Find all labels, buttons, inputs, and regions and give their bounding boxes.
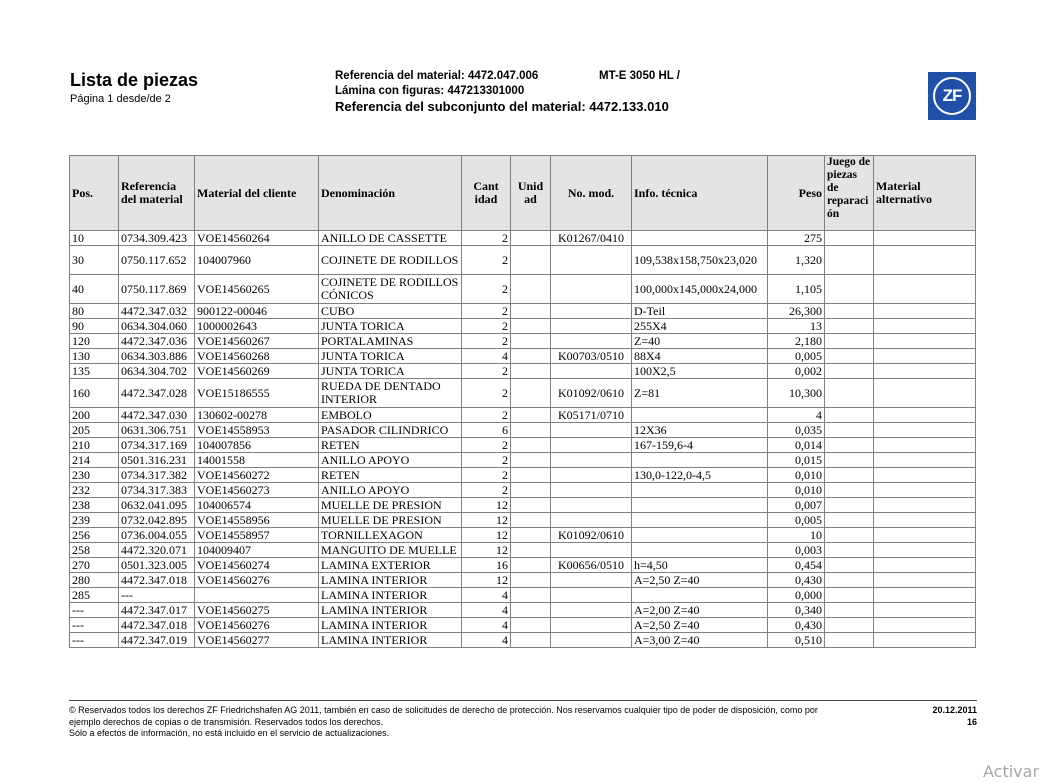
cell-unit (511, 468, 551, 483)
zf-logo-icon: ZF (933, 77, 971, 115)
cell-unit (511, 423, 551, 438)
cell-mod-no (551, 275, 632, 304)
cell-pos: 270 (70, 558, 119, 573)
cell-client-material: VOE14560272 (195, 468, 319, 483)
cell-mod-no (551, 304, 632, 319)
cell-weight: 0,510 (768, 633, 825, 648)
cell-repair-kit (825, 423, 874, 438)
cell-tech-info: 130,0-122,0-4,5 (632, 468, 768, 483)
cell-material-ref: 0632.041.095 (119, 498, 195, 513)
cell-tech-info: D-Teil (632, 304, 768, 319)
cell-client-material: 14001558 (195, 453, 319, 468)
table-row: 804472.347.032900122-00046CUBO2D-Teil26,… (70, 304, 976, 319)
cell-mod-no (551, 483, 632, 498)
cell-client-material: VOE14558953 (195, 423, 319, 438)
cell-mod-no (551, 334, 632, 349)
cell-material-ref: 4472.320.071 (119, 543, 195, 558)
col-material-ref: Referencia del material (119, 156, 195, 231)
cell-material-ref: 0750.117.652 (119, 246, 195, 275)
cell-mod-no: K01092/0610 (551, 528, 632, 543)
table-row: ---4472.347.019VOE14560277LAMINA INTERIO… (70, 633, 976, 648)
cell-tech-info: A=2,50 Z=40 (632, 573, 768, 588)
cell-unit (511, 603, 551, 618)
cell-client-material: VOE14560274 (195, 558, 319, 573)
cell-tech-info (632, 231, 768, 246)
cell-alt-material (874, 498, 976, 513)
cell-unit (511, 588, 551, 603)
cell-repair-kit (825, 379, 874, 408)
footer-date-block: 20.12.2011 16 (932, 705, 977, 728)
cell-mod-no (551, 543, 632, 558)
cell-repair-kit (825, 483, 874, 498)
cell-denomination: JUNTA TORICA (319, 319, 462, 334)
copyright-line-1: © Reservados todos los derechos ZF Fried… (69, 705, 909, 717)
cell-mod-no (551, 573, 632, 588)
cell-tech-info: Z=40 (632, 334, 768, 349)
info-line: Sólo a efectos de información, no está i… (69, 728, 909, 740)
footer-text: © Reservados todos los derechos ZF Fried… (69, 705, 909, 740)
cell-material-ref: 0634.304.702 (119, 364, 195, 379)
cell-pos: 256 (70, 528, 119, 543)
cell-alt-material (874, 275, 976, 304)
cell-quantity: 16 (462, 558, 511, 573)
cell-client-material (195, 588, 319, 603)
cell-weight: 0,340 (768, 603, 825, 618)
cell-unit (511, 498, 551, 513)
cell-quantity: 4 (462, 618, 511, 633)
cell-quantity: 12 (462, 528, 511, 543)
cell-client-material: 900122-00046 (195, 304, 319, 319)
table-row: ---4472.347.017VOE14560275LAMINA INTERIO… (70, 603, 976, 618)
cell-alt-material (874, 423, 976, 438)
cell-mod-no (551, 453, 632, 468)
cell-weight: 0,035 (768, 423, 825, 438)
cell-quantity: 12 (462, 543, 511, 558)
cell-tech-info (632, 408, 768, 423)
table-row: 285---LAMINA INTERIOR40,000 (70, 588, 976, 603)
cell-quantity: 2 (462, 468, 511, 483)
cell-repair-kit (825, 633, 874, 648)
cell-pos: 258 (70, 543, 119, 558)
cell-alt-material (874, 543, 976, 558)
cell-unit (511, 319, 551, 334)
cell-mod-no (551, 513, 632, 528)
cell-client-material: VOE14560267 (195, 334, 319, 349)
cell-mod-no (551, 364, 632, 379)
cell-alt-material (874, 349, 976, 364)
cell-weight: 2,180 (768, 334, 825, 349)
cell-mod-no (551, 588, 632, 603)
cell-alt-material (874, 334, 976, 349)
cell-repair-kit (825, 558, 874, 573)
cell-alt-material (874, 246, 976, 275)
cell-tech-info (632, 483, 768, 498)
cell-denomination: LAMINA INTERIOR (319, 603, 462, 618)
cell-mod-no: K00703/0510 (551, 349, 632, 364)
cell-denomination: JUNTA TORICA (319, 349, 462, 364)
cell-repair-kit (825, 246, 874, 275)
cell-client-material: VOE14560268 (195, 349, 319, 364)
cell-tech-info: h=4,50 (632, 558, 768, 573)
cell-unit (511, 246, 551, 275)
cell-mod-no (551, 618, 632, 633)
parts-table: Pos. Referencia del material Material de… (69, 155, 976, 648)
cell-unit (511, 483, 551, 498)
cell-alt-material (874, 304, 976, 319)
cell-material-ref: 4472.347.032 (119, 304, 195, 319)
cell-repair-kit (825, 603, 874, 618)
subassembly-reference: Referencia del subconjunto del material:… (335, 99, 669, 114)
cell-tech-info: A=2,50 Z=40 (632, 618, 768, 633)
cell-weight: 0,007 (768, 498, 825, 513)
cell-alt-material (874, 513, 976, 528)
table-row: 2560736.004.055VOE14558957TORNILLEXAGON1… (70, 528, 976, 543)
cell-weight: 1,320 (768, 246, 825, 275)
cell-denomination: RETEN (319, 468, 462, 483)
cell-repair-kit (825, 588, 874, 603)
cell-repair-kit (825, 543, 874, 558)
cell-repair-kit (825, 498, 874, 513)
cell-alt-material (874, 408, 976, 423)
model-label: MT-E 3050 HL / (599, 70, 680, 82)
col-alt-material: Material alternativo (874, 156, 976, 231)
cell-alt-material (874, 573, 976, 588)
cell-repair-kit (825, 528, 874, 543)
col-weight: Peso (768, 156, 825, 231)
cell-material-ref: 4472.347.028 (119, 379, 195, 408)
cell-alt-material (874, 438, 976, 453)
cell-repair-kit (825, 573, 874, 588)
table-row: 1604472.347.028VOE15186555RUEDA DE DENTA… (70, 379, 976, 408)
cell-tech-info: 100X2,5 (632, 364, 768, 379)
cell-pos: 30 (70, 246, 119, 275)
cell-client-material: 104007856 (195, 438, 319, 453)
cell-material-ref: 0734.317.169 (119, 438, 195, 453)
table-row: 2100734.317.169104007856RETEN2167-159,6-… (70, 438, 976, 453)
cell-material-ref: 0734.317.382 (119, 468, 195, 483)
cell-client-material: VOE14560265 (195, 275, 319, 304)
cell-weight: 13 (768, 319, 825, 334)
cell-material-ref: 0501.323.005 (119, 558, 195, 573)
cell-pos: 120 (70, 334, 119, 349)
cell-quantity: 12 (462, 513, 511, 528)
table-row: 2320734.317.383VOE14560273ANILLO APOYO20… (70, 483, 976, 498)
cell-pos: 214 (70, 453, 119, 468)
cell-weight: 4 (768, 408, 825, 423)
cell-tech-info (632, 453, 768, 468)
cell-denomination: ANILLO DE CASSETTE (319, 231, 462, 246)
cell-tech-info: Z=81 (632, 379, 768, 408)
cell-repair-kit (825, 618, 874, 633)
col-repair-kit: Juego de piezas de reparaci ón (825, 156, 874, 231)
cell-denomination: MUELLE DE PRESION (319, 513, 462, 528)
cell-material-ref: 4472.347.018 (119, 618, 195, 633)
cell-unit (511, 543, 551, 558)
cell-pos: 40 (70, 275, 119, 304)
cell-material-ref: 4472.347.017 (119, 603, 195, 618)
cell-denomination: MANGUITO DE MUELLE (319, 543, 462, 558)
cell-quantity: 2 (462, 438, 511, 453)
cell-tech-info: 109,538x158,750x23,020 (632, 246, 768, 275)
cell-pos: --- (70, 618, 119, 633)
cell-material-ref: 0631.306.751 (119, 423, 195, 438)
cell-tech-info: A=2,00 Z=40 (632, 603, 768, 618)
table-row: 2380632.041.095104006574MUELLE DE PRESIO… (70, 498, 976, 513)
cell-unit (511, 573, 551, 588)
cell-pos: 239 (70, 513, 119, 528)
cell-pos: 285 (70, 588, 119, 603)
cell-material-ref: --- (119, 588, 195, 603)
cell-pos: 232 (70, 483, 119, 498)
cell-tech-info: A=3,00 Z=40 (632, 633, 768, 648)
cell-tech-info (632, 588, 768, 603)
table-row: 300750.117.652104007960COJINETE DE RODIL… (70, 246, 976, 275)
cell-quantity: 12 (462, 498, 511, 513)
cell-client-material: 104009407 (195, 543, 319, 558)
cell-repair-kit (825, 334, 874, 349)
col-denomination: Denominación (319, 156, 462, 231)
cell-unit (511, 408, 551, 423)
table-row: 2390732.042.895VOE14558956MUELLE DE PRES… (70, 513, 976, 528)
col-tech-info: Info. técnica (632, 156, 768, 231)
cell-pos: 130 (70, 349, 119, 364)
cell-pos: 205 (70, 423, 119, 438)
cell-unit (511, 349, 551, 364)
cell-mod-no (551, 319, 632, 334)
cell-denomination: COJINETE DE RODILLOS (319, 246, 462, 275)
cell-denomination: LAMINA INTERIOR (319, 633, 462, 648)
table-row: 1350634.304.702VOE14560269JUNTA TORICA21… (70, 364, 976, 379)
zf-logo: ZF (928, 72, 976, 120)
cell-pos: 280 (70, 573, 119, 588)
cell-pos: 10 (70, 231, 119, 246)
cell-repair-kit (825, 349, 874, 364)
cell-denomination: PORTALAMINAS (319, 334, 462, 349)
cell-material-ref: 0734.309.423 (119, 231, 195, 246)
cell-weight: 10,300 (768, 379, 825, 408)
cell-alt-material (874, 453, 976, 468)
table-row: 400750.117.869VOE14560265COJINETE DE ROD… (70, 275, 976, 304)
cell-quantity: 2 (462, 231, 511, 246)
cell-mod-no (551, 603, 632, 618)
cell-quantity: 2 (462, 334, 511, 349)
cell-client-material: VOE14560276 (195, 618, 319, 633)
cell-unit (511, 275, 551, 304)
table-row: 900634.304.0601000002643JUNTA TORICA2255… (70, 319, 976, 334)
copyright-line-2: ejemplo derechos de copias o de transmis… (69, 717, 909, 729)
table-row: 1204472.347.036VOE14560267PORTALAMINAS2Z… (70, 334, 976, 349)
cell-alt-material (874, 231, 976, 246)
table-row: 2700501.323.005VOE14560274LAMINA EXTERIO… (70, 558, 976, 573)
cell-material-ref: 0634.304.060 (119, 319, 195, 334)
cell-material-ref: 0736.004.055 (119, 528, 195, 543)
cell-mod-no (551, 423, 632, 438)
cell-denomination: RETEN (319, 438, 462, 453)
cell-weight: 0,003 (768, 543, 825, 558)
cell-client-material: VOE15186555 (195, 379, 319, 408)
cell-alt-material (874, 528, 976, 543)
cell-unit (511, 379, 551, 408)
cell-denomination: EMBOLO (319, 408, 462, 423)
cell-alt-material (874, 603, 976, 618)
footer-divider (69, 700, 977, 701)
cell-weight: 0,015 (768, 453, 825, 468)
cell-quantity: 2 (462, 483, 511, 498)
cell-denomination: TORNILLEXAGON (319, 528, 462, 543)
cell-pos: 135 (70, 364, 119, 379)
cell-client-material: VOE14560264 (195, 231, 319, 246)
cell-pos: --- (70, 603, 119, 618)
cell-quantity: 2 (462, 275, 511, 304)
cell-mod-no: K00656/0510 (551, 558, 632, 573)
cell-weight: 0,005 (768, 513, 825, 528)
cell-pos: 90 (70, 319, 119, 334)
cell-unit (511, 618, 551, 633)
cell-repair-kit (825, 438, 874, 453)
cell-pos: 160 (70, 379, 119, 408)
cell-mod-no: K05171/0710 (551, 408, 632, 423)
cell-client-material: VOE14560276 (195, 573, 319, 588)
cell-tech-info: 167-159,6-4 (632, 438, 768, 453)
cell-unit (511, 304, 551, 319)
table-row: 2300734.317.382VOE14560272RETEN2130,0-12… (70, 468, 976, 483)
cell-denomination: PASADOR CILINDRICO (319, 423, 462, 438)
cell-tech-info (632, 513, 768, 528)
cell-alt-material (874, 364, 976, 379)
cell-quantity: 4 (462, 633, 511, 648)
table-row: 2004472.347.030130602-00278EMBOLO2K05171… (70, 408, 976, 423)
table-row: 2584472.320.071104009407MANGUITO DE MUEL… (70, 543, 976, 558)
table-row: 2050631.306.751VOE14558953PASADOR CILIND… (70, 423, 976, 438)
cell-weight: 0,010 (768, 468, 825, 483)
figure-sheet-reference: Lámina con figuras: 447213301000 (335, 85, 524, 97)
cell-unit (511, 528, 551, 543)
page-info: Página 1 desde/de 2 (70, 93, 171, 105)
cell-alt-material (874, 483, 976, 498)
cell-weight: 0,014 (768, 438, 825, 453)
col-mod-no: No. mod. (551, 156, 632, 231)
cell-quantity: 2 (462, 246, 511, 275)
col-quantity: Cant idad (462, 156, 511, 231)
cell-weight: 0,430 (768, 573, 825, 588)
cell-weight: 26,300 (768, 304, 825, 319)
cell-client-material: VOE14560275 (195, 603, 319, 618)
table-row: 100734.309.423VOE14560264ANILLO DE CASSE… (70, 231, 976, 246)
cell-tech-info: 12X36 (632, 423, 768, 438)
cell-quantity: 12 (462, 573, 511, 588)
cell-client-material: 1000002643 (195, 319, 319, 334)
cell-unit (511, 513, 551, 528)
cell-client-material: VOE14558957 (195, 528, 319, 543)
cell-denomination: LAMINA EXTERIOR (319, 558, 462, 573)
cell-alt-material (874, 618, 976, 633)
cell-pos: --- (70, 633, 119, 648)
col-pos: Pos. (70, 156, 119, 231)
cell-client-material: VOE14558956 (195, 513, 319, 528)
cell-repair-kit (825, 304, 874, 319)
cell-repair-kit (825, 468, 874, 483)
page-title: Lista de piezas (70, 70, 198, 91)
cell-unit (511, 453, 551, 468)
cell-mod-no: K01267/0410 (551, 231, 632, 246)
cell-material-ref: 0501.316.231 (119, 453, 195, 468)
cell-mod-no (551, 468, 632, 483)
cell-client-material: VOE14560273 (195, 483, 319, 498)
col-client-material: Material del cliente (195, 156, 319, 231)
cell-denomination: ANILLO APOYO (319, 453, 462, 468)
cell-weight: 0,005 (768, 349, 825, 364)
table-row: 1300634.303.886VOE14560268JUNTA TORICA4K… (70, 349, 976, 364)
cell-pos: 230 (70, 468, 119, 483)
cell-material-ref: 4472.347.036 (119, 334, 195, 349)
material-reference: Referencia del material: 4472.047.006 (335, 70, 538, 82)
cell-client-material: 130602-00278 (195, 408, 319, 423)
print-date: 20.12.2011 (932, 705, 977, 717)
cell-unit (511, 633, 551, 648)
cell-pos: 200 (70, 408, 119, 423)
cell-weight: 0,010 (768, 483, 825, 498)
cell-alt-material (874, 319, 976, 334)
table-row: 2804472.347.018VOE14560276LAMINA INTERIO… (70, 573, 976, 588)
cell-denomination: LAMINA INTERIOR (319, 618, 462, 633)
cell-client-material: 104006574 (195, 498, 319, 513)
cell-material-ref: 0734.317.383 (119, 483, 195, 498)
cell-denomination: RUEDA DE DENTADO INTERIOR (319, 379, 462, 408)
cell-material-ref: 0732.042.895 (119, 513, 195, 528)
cell-repair-kit (825, 408, 874, 423)
cell-pos: 80 (70, 304, 119, 319)
cell-unit (511, 438, 551, 453)
cell-client-material: 104007960 (195, 246, 319, 275)
col-unit: Unid ad (511, 156, 551, 231)
cell-mod-no (551, 633, 632, 648)
cell-repair-kit (825, 319, 874, 334)
cell-quantity: 2 (462, 304, 511, 319)
cell-alt-material (874, 633, 976, 648)
cell-material-ref: 4472.347.030 (119, 408, 195, 423)
cell-weight: 275 (768, 231, 825, 246)
cell-unit (511, 231, 551, 246)
cell-unit (511, 558, 551, 573)
cell-weight: 0,430 (768, 618, 825, 633)
cell-weight: 10 (768, 528, 825, 543)
cell-tech-info: 100,000x145,000x24,000 (632, 275, 768, 304)
table-row: ---4472.347.018VOE14560276LAMINA INTERIO… (70, 618, 976, 633)
cell-mod-no (551, 498, 632, 513)
cell-mod-no: K01092/0610 (551, 379, 632, 408)
cell-mod-no (551, 246, 632, 275)
cell-denomination: MUELLE DE PRESION (319, 498, 462, 513)
cell-unit (511, 334, 551, 349)
cell-weight: 1,105 (768, 275, 825, 304)
table-header-row: Pos. Referencia del material Material de… (70, 156, 976, 231)
table-row: 2140501.316.23114001558ANILLO APOYO20,01… (70, 453, 976, 468)
cell-tech-info (632, 543, 768, 558)
cell-material-ref: 0750.117.869 (119, 275, 195, 304)
cell-repair-kit (825, 231, 874, 246)
page-number: 16 (932, 717, 977, 729)
cell-quantity: 2 (462, 453, 511, 468)
cell-material-ref: 4472.347.019 (119, 633, 195, 648)
cell-denomination: JUNTA TORICA (319, 364, 462, 379)
cell-mod-no (551, 438, 632, 453)
cell-tech-info (632, 528, 768, 543)
cell-material-ref: 0634.303.886 (119, 349, 195, 364)
cell-denomination: LAMINA INTERIOR (319, 588, 462, 603)
cell-quantity: 4 (462, 603, 511, 618)
cell-quantity: 4 (462, 588, 511, 603)
cell-quantity: 2 (462, 364, 511, 379)
